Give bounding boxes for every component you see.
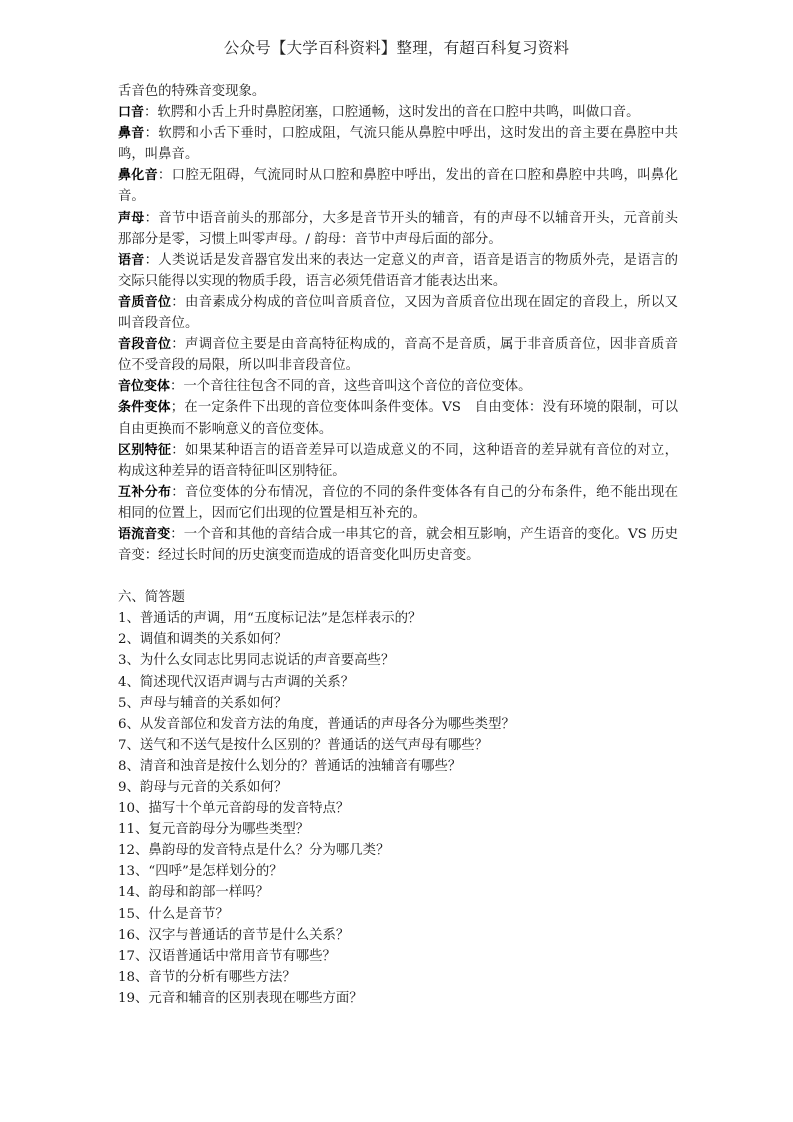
definition-conditional-variant: 条件变体；在一定条件下出现的音位变体叫条件变体。VS 自由变体：没有环境的限制，… [118,397,678,439]
definition-text: 如果某种语言的语音差异可以造成意义的不同，这种语音的差异就有音位的对立，构成这种… [118,443,678,479]
question-item: 7、送气和不送气是按什么区别的？普通话的送气声母有哪些？ [118,735,678,756]
term-separator: ： [171,295,185,310]
question-item: 19、元音和辅音的区别表现在哪些方面？ [118,988,678,1009]
term-separator: ： [171,337,185,352]
term-separator: ； [171,400,184,415]
definition-segmental-phoneme: 音质音位：由音素成分构成的音位叫音质音位，又因为音质音位出现在固定的音段上，所以… [118,292,678,334]
question-item: 10、描写十个单元音韵母的发音特点？ [118,798,678,819]
section-title-short-answer: 六、简答题 [118,587,678,608]
definition-initial: 声母：音节中语音前头的那部分，大多是音节开头的辅音，有的声母不以辅音开头，元音前… [118,208,678,250]
definition-suprasegmental-phoneme: 音段音位：声调音位主要是由音高特征构成的，音高不是音质，属于非音质音位，因非音质… [118,334,678,376]
definition-oral-sound: 口音：软腭和小舌上升时鼻腔闭塞，口腔通畅，这时发出的音在口腔中共鸣，叫做口音。 [118,102,678,123]
question-item: 15、什么是音节？ [118,904,678,925]
definition-term: 音质音位 [118,295,171,310]
question-item: 14、韵母和韵部一样吗？ [118,882,678,903]
definition-text: 一个音和其他的音结合成一串其它的音，就会相互影响，产生语音的变化。VS 历史音变… [118,527,678,563]
definition-text: 口腔无阻碍，气流同时从口腔和鼻腔中呼出，发出的音在口腔和鼻腔中共鸣，叫鼻化音。 [118,168,678,204]
question-item: 12、鼻韵母的发音特点是什么？分为哪几类？ [118,840,678,861]
definition-text: 声调音位主要是由音高特征构成的，音高不是音质，属于非音质音位，因非音质音位不受音… [118,337,678,373]
intro-continuation: 舌音色的特殊音变现象。 [118,81,678,102]
question-item: 2、调值和调类的关系如何？ [118,629,678,650]
definition-distinctive-feature: 区别特征：如果某种语言的语音差异可以造成意义的不同，这种语音的差异就有音位的对立… [118,440,678,482]
question-item: 3、为什么女同志比男同志说话的声音要高些？ [118,650,678,671]
term-separator: ： [145,211,159,226]
term-separator: ： [171,485,185,500]
term-separator: ： [170,379,183,394]
question-item: 5、声母与辅音的关系如何？ [118,693,678,714]
term-separator: ： [171,443,185,458]
question-item: 16、汉字与普通话的音节是什么关系？ [118,925,678,946]
definition-term: 音位变体 [118,379,170,394]
document-body: 舌音色的特殊音变现象。 口音：软腭和小舌上升时鼻腔闭塞，口腔通畅，这时发出的音在… [118,81,678,1009]
definition-term: 音段音位 [118,337,171,352]
definition-text: 人类说话是发音器官发出来的表达一定意义的声音，语音是语言的物质外壳，是语言的交际… [118,253,678,289]
definition-term: 区别特征 [118,443,171,458]
definition-term: 鼻化音 [118,168,158,183]
definition-complementary-distribution: 互补分布：音位变体的分布情况，音位的不同的条件变体各有自己的分布条件，绝不能出现… [118,482,678,524]
definition-term: 口音 [118,105,144,120]
question-item: 11、复元音韵母分为哪些类型？ [118,819,678,840]
definition-text: 软腭和小舌下垂时，口腔成阻，气流只能从鼻腔中呼出，这时发出的音主要在鼻腔中共鸣，… [118,126,678,162]
term-separator: ： [144,105,157,120]
definition-term: 互补分布 [118,485,171,500]
blank-line [118,566,678,587]
definition-term: 语流音变 [118,527,170,542]
question-item: 18、音节的分析有哪些方法？ [118,967,678,988]
definition-allophone: 音位变体：一个音往往包含不同的音，这些音叫这个音位的音位变体。 [118,376,678,397]
term-separator: ： [145,126,159,141]
definition-term: 语音 [118,253,145,268]
term-separator: ： [170,527,183,542]
term-separator: ： [158,168,172,183]
question-item: 4、简述现代汉语声调与古声调的关系？ [118,672,678,693]
definition-text: 一个音往往包含不同的音，这些音叫这个音位的音位变体。 [183,379,531,394]
term-separator: ： [145,253,159,268]
definition-text: 在一定条件下出现的音位变体叫条件变体。VS 自由变体：没有环境的限制，可以自由更… [118,400,678,436]
definition-speech-sound: 语音：人类说话是发音器官发出来的表达一定意义的声音，语音是语言的物质外壳，是语言… [118,250,678,292]
definition-term: 鼻音 [118,126,145,141]
definition-text: 音位变体的分布情况，音位的不同的条件变体各有自己的分布条件，绝不能出现在相同的位… [118,485,678,521]
definition-text: 音节中语音前头的那部分，大多是音节开头的辅音，有的声母不以辅音开头，元音前头那部… [118,211,678,247]
definition-sandhi: 语流音变：一个音和其他的音结合成一串其它的音，就会相互影响，产生语音的变化。VS… [118,524,678,566]
page-header-banner: 公众号【大学百科资料】整理，有超百科复习资料 [0,36,793,58]
question-item: 17、汉语普通话中常用音节有哪些？ [118,946,678,967]
question-item: 6、从发音部位和发音方法的角度，普通话的声母各分为哪些类型？ [118,714,678,735]
question-item: 9、韵母与元音的关系如何？ [118,777,678,798]
definition-term: 条件变体 [118,400,171,415]
definition-text: 软腭和小舌上升时鼻腔闭塞，口腔通畅，这时发出的音在口腔中共鸣，叫做口音。 [157,105,639,120]
definition-text: 由音素成分构成的音位叫音质音位，又因为音质音位出现在固定的音段上，所以又叫音段音… [118,295,678,331]
question-item: 8、清音和浊音是按什么划分的？普通话的浊辅音有哪些？ [118,756,678,777]
question-list: 1、普通话的声调，用“五度标记法”是怎样表示的？ 2、调值和调类的关系如何？ 3… [118,608,678,1009]
question-item: 13、“四呼”是怎样划分的？ [118,861,678,882]
definition-nasal-sound: 鼻音：软腭和小舌下垂时，口腔成阻，气流只能从鼻腔中呼出，这时发出的音主要在鼻腔中… [118,123,678,165]
definition-term: 声母 [118,211,145,226]
definition-nasalized-sound: 鼻化音：口腔无阻碍，气流同时从口腔和鼻腔中呼出，发出的音在口腔和鼻腔中共鸣，叫鼻… [118,165,678,207]
question-item: 1、普通话的声调，用“五度标记法”是怎样表示的？ [118,608,678,629]
